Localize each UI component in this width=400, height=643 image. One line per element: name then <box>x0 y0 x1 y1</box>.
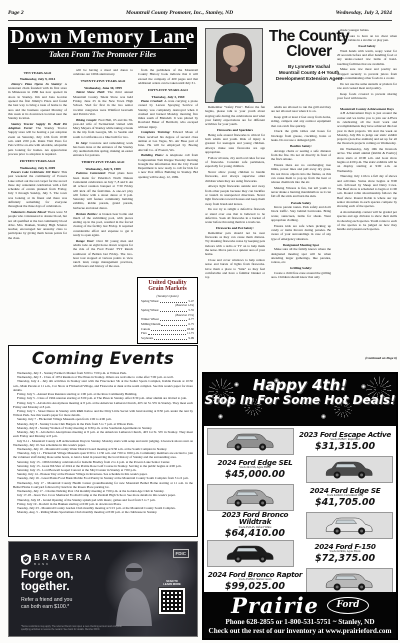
grain-markets-rows: Spring Wheat 5.47 (Based on 14%) Spring … <box>141 299 194 341</box>
article-text: On Wednesday, July 10th the livestock ar… <box>337 147 397 172</box>
article-block: Do not use the same utensils or platters… <box>337 82 397 91</box>
grain-label: Spring Wheat <box>141 308 159 313</box>
article-block: shade younger babies. <box>337 28 397 32</box>
clover-column-3: Mountrail County Achievement Days 4-H Ac… <box>337 105 397 355</box>
article-text: Never allow young children to handle fir… <box>205 170 265 183</box>
article-text: Remember pets should not be near firewor… <box>205 231 265 256</box>
vehicle-price: $45,000.00 <box>207 470 303 480</box>
era-heading: FIFTY-FIVE YEARS AGO <box>138 88 198 92</box>
event-item: Friday, July 5 - Class of 1964 reunion s… <box>13 396 193 400</box>
bravera-shield-icon <box>21 554 31 565</box>
article-text: Arrange chairs or seating a safe distanc… <box>271 149 331 162</box>
grain-label: Spring Wheat <box>141 299 159 304</box>
car-icon <box>211 486 289 508</box>
car-icon <box>310 570 388 592</box>
vehicle-name: 2023 Ford Escape Active <box>297 431 393 438</box>
memory-lane-column-2: will be having a meal and dance to celeb… <box>73 68 133 343</box>
article-block: Check the grills tables and hoses for bl… <box>271 129 331 142</box>
columnist-photo <box>205 28 263 103</box>
article-text: Know parade routes. Park safely and don'… <box>271 205 331 222</box>
grain-markets-title: United Quality Grain Markets <box>141 280 194 293</box>
fireworks-burst-icon <box>334 400 352 418</box>
dealer-inventory-url: Check out the rest of our inventory at w… <box>204 627 396 636</box>
article-block: Grilling Safely: Create a child free zon… <box>271 266 331 279</box>
ad-photo-figure <box>104 556 164 626</box>
clover-column-1: Remember "Safety First". Before the fun … <box>205 105 265 368</box>
ad-body-text: Refer a friend and you can both earn $10… <box>21 597 72 611</box>
vehicle-info: 2024 Ford F-150 Stock #22R44, Agate Blac… <box>297 543 393 564</box>
vehicle-listing-row: 2023 Ford Bronco Wildtrak Stock #32L45, … <box>207 511 393 539</box>
era-heading: FIFTEEN YEARS AGO <box>8 159 67 163</box>
article-block: Volunteers Donate Blood: There were 53 p… <box>8 210 67 240</box>
article-text: from the publishers of the Mountrail Cou… <box>138 68 198 85</box>
vehicle-price: $72,375.00 <box>297 554 393 564</box>
article-block: Fireworks and Sparklers Being safe aroun… <box>205 128 265 154</box>
article-text: The third annual Mountrail County Talent… <box>73 90 133 115</box>
event-item: Friday, July 5 - Alcoholics Anonymous me… <box>13 401 193 409</box>
down-memory-lane-banner: Down Memory Lane Taken From The Promoter… <box>8 27 197 64</box>
article-text: adults are allowed to run the grill and … <box>271 105 331 113</box>
article-block: Mountrail County Achievement Days 4-H Ac… <box>337 107 397 146</box>
portrait-illustration <box>206 29 262 102</box>
article-block: TWENTY-FIVE YEARS AGO Wednesday, June 30… <box>73 79 133 116</box>
event-item: July 8-11 - Mountrail County 4-H Achieve… <box>13 439 193 447</box>
grain-markets-box: United Quality Grain Markets (Tuesday's … <box>137 277 198 344</box>
ad-fine-print: *Some restrictions may apply. The referr… <box>21 626 157 632</box>
vehicle-listing-row: 2024 Ford Bronco Raptor Stock #34N02, Sh… <box>207 567 393 595</box>
issue-date: Wednesday, July 3, 2024 <box>336 10 392 16</box>
dot-leader <box>161 325 187 326</box>
vehicle-info: 2024 Ford Edge SEL Stock #41C96, Agate B… <box>207 459 303 480</box>
dot-leader <box>148 334 186 335</box>
article-text: A showmanship contest will be graded per… <box>337 210 397 231</box>
vehicle-info: 2024 Ford Bronco Raptor Stock #34N02, Sh… <box>207 571 303 592</box>
vehicle-price: $31,315.00 <box>297 442 393 452</box>
article-text: Being safe around fireworks is critical … <box>205 133 265 154</box>
article-text: This past weekend the community of Power… <box>8 170 67 208</box>
article-block: Making S'mores is fun, but tell youth to… <box>271 186 331 199</box>
article-block: Follow all state, city and local rules f… <box>205 156 265 169</box>
article-block: Biking Couple: Fred Hall, 65 and his 59-… <box>73 118 133 139</box>
fine-print-line2: qualifying activities to receive the rew… <box>21 629 157 632</box>
ford-logo: Ford <box>327 597 369 614</box>
article-block: Completes Training: Edward Moen of Plaza… <box>138 130 198 151</box>
article-block: Keep foods covered to prevent sharing yo… <box>337 92 397 101</box>
article-block: FIFTY-FIVE YEARS AGO Thursday, July 3, 1… <box>138 88 198 129</box>
era-heading: THIRTY-FIVE YEARS AGO <box>73 160 133 164</box>
event-item: Friday, July 5 - Street Dance in Stanley… <box>13 409 193 417</box>
article-block: Always light fireworks outside and away … <box>205 184 265 205</box>
grain-price: 9.99 <box>188 336 194 341</box>
vehicle-photo <box>207 428 294 455</box>
article-block: TEN YEARS AGO Wednesday, July 9, 2014 Ji… <box>8 71 67 121</box>
article-text: Keep grill at least 2 feet away from dec… <box>271 115 331 128</box>
article-text: Make sure to have an ice chest when shad… <box>337 34 397 42</box>
vehicle-info: 2024 Ford Edge SE Stock #41K10, Carboniz… <box>297 487 393 508</box>
article-text: Ensure there are no overhanging tree lim… <box>271 163 331 184</box>
event-item: Thursday, July 4 - July 4th activities i… <box>13 379 193 392</box>
bravera-bank-label: BANK <box>34 562 93 566</box>
event-item: Monday, July 8 - Alcoholics Anonymous me… <box>13 430 193 438</box>
ad-body-line1: Refer a friend and you <box>21 597 72 604</box>
article-text: Close and cover windows to help reduce n… <box>205 258 265 279</box>
article-block: Building Plans: A telephone call from Co… <box>138 153 198 179</box>
article-block: adults are allowed to run the grill and … <box>271 105 331 114</box>
memory-lane-column-3: from the publishers of the Mountrail Cou… <box>138 68 198 274</box>
grain-markets-note: (Tuesday's Quotes) <box>141 294 194 298</box>
article-text: Wash hands with warm, soapy water for 20… <box>337 49 397 66</box>
article-block: Keep grill at least 2 feet away from dec… <box>271 115 331 128</box>
article-text: A restaurant chain founded with its firs… <box>8 82 67 120</box>
ad-body-line2: can both earn $100.* <box>21 604 72 611</box>
spark-dot <box>218 414 223 419</box>
article-text: Follow all state, city and local rules f… <box>205 156 265 169</box>
article-block: On Wednesday, July 10th the livestock ar… <box>337 147 397 173</box>
dealer-strip: Prairie Ford Phone 628-2855 or 1-800-531… <box>204 592 396 638</box>
article-block: Make sure to have an ice chest when shad… <box>337 34 397 43</box>
bravera-logo: BRAVERA BANK <box>21 552 93 566</box>
dot-leader <box>160 320 188 321</box>
article-block: FIFTEEN YEARS AGO Wednesday, July 8, 200… <box>8 159 67 209</box>
article-text: shade younger babies. <box>340 28 369 32</box>
event-item: July 17-18 - Jason Two Crow Memorial Foo… <box>13 493 193 497</box>
spark-dot <box>234 382 239 387</box>
fireworks-burst-icon <box>208 378 234 404</box>
era-heading: TEN YEARS AGO <box>8 71 67 75</box>
car-icon <box>211 430 289 452</box>
car-icon <box>310 458 388 480</box>
article-text: Always light fireworks outside and away … <box>205 184 265 205</box>
memory-lane-column-1: TEN YEARS AGO Wednesday, July 9, 2014 Ji… <box>8 68 67 343</box>
coming-events-title: Coming Events <box>13 349 193 368</box>
article-block: Thursday, July 11th is a full day of sho… <box>337 174 397 208</box>
article-text: There were 53 people who volunteered to … <box>8 210 67 240</box>
dot-leader <box>154 339 187 340</box>
dealer-phone: Phone 628-2855 or 1-800-531-5751 ~ Stanl… <box>204 618 396 627</box>
vehicle-name: 2024 Ford Edge SEL <box>207 459 303 466</box>
article-block: Make sure raw meat and poultry are wrapp… <box>337 67 397 80</box>
article-text: Do not use the same utensils or platters… <box>337 82 397 90</box>
clover-top-column: shade younger babies. Make sure to have … <box>337 28 397 102</box>
article-block: Do not try to relight a defective firewo… <box>205 207 265 224</box>
article-text: Making S'mores is fun, but tell youth to… <box>271 186 331 199</box>
vehicle-name: 2024 Ford F-150 <box>297 543 393 550</box>
event-item: Wednesday, July 17 - Mountrail County He… <box>13 481 193 489</box>
grain-row: Soybeans 9.99 <box>141 336 194 341</box>
vehicle-name: 2024 Ford Edge SE <box>297 487 393 494</box>
article-text: A crate carrying a piano owned by Larson… <box>138 99 198 129</box>
vehicle-listing-row: 2024 Ford Edge SEL Stock #41C96, Agate B… <box>207 455 393 483</box>
vehicle-name: 2023 Ford Bronco Wildtrak <box>207 511 303 525</box>
vehicle-price: $64,410.00 <box>207 529 303 539</box>
vehicle-photo <box>306 456 393 483</box>
qr-code <box>159 588 185 614</box>
fireworks-burst-icon <box>366 376 392 402</box>
vehicle-photo <box>306 512 393 539</box>
vehicle-photo <box>207 484 294 511</box>
article-text: The Stanley Tractor Supply store will be… <box>8 126 67 156</box>
article-text: Thursday, July 11th is a full day of sho… <box>337 174 397 208</box>
event-item: Monday, Aug. 5 - Riding Mains Sportsmans… <box>13 510 193 514</box>
fireworks-burst-icon <box>244 398 262 416</box>
page-header: Page 2 Mountrail County Promoter, Inc., … <box>8 10 392 21</box>
coming-events-list: Wednesday, July 3 - Stanley Farmer's Mar… <box>13 371 193 514</box>
article-block: Parade Safety Know parade routes. Park s… <box>271 201 331 223</box>
dealer-name: Prairie <box>231 593 319 618</box>
coming-events-box: Coming Events Wednesday, July 3 - Stanle… <box>8 345 198 537</box>
dot-leader <box>151 330 186 331</box>
qr-block: SCAN TO LEARN MORE <box>159 580 185 614</box>
ad-headline-line2: together. <box>21 581 73 593</box>
car-icon <box>211 542 289 564</box>
ad-headline: Forge on, together. <box>21 569 73 593</box>
ad-headline-line1: Forge on, <box>21 569 73 581</box>
down-memory-lane-title: Down Memory Lane <box>8 27 197 48</box>
newspaper-page: Page 2 Mountrail County Promoter, Inc., … <box>0 0 400 643</box>
vehicle-price: $41,705.00 <box>297 498 393 508</box>
article-block: will be having a meal and dance to celeb… <box>73 68 133 77</box>
article-text: A broken beer bottle and much of the swi… <box>73 212 133 237</box>
article-block: Remember "Safety First". Before the fun … <box>205 105 265 126</box>
article-block: In Step: Concrete and remodeling work ha… <box>73 141 133 158</box>
scan-label: SCAN TO LEARN MORE <box>159 580 185 586</box>
era-heading: TWENTY-FIVE YEARS AGO <box>73 79 133 83</box>
vehicle-photo <box>207 540 294 567</box>
vehicle-price: $99,025.00 <box>207 582 303 592</box>
article-block: Bonfire Safety: Arrange chairs or seatin… <box>271 144 331 161</box>
article-text: Create a child free zone around the gril… <box>271 271 331 279</box>
page-number: Page 2 <box>8 10 24 16</box>
article-text: Check the grills tables and hoses for bl… <box>271 129 331 142</box>
article-block: A showmanship contest will be graded per… <box>337 210 397 231</box>
vehicle-info: 2023 Ford Escape Active Stock #52B27, Ra… <box>297 431 393 452</box>
article-text: Make sure raw meat and poultry are wrapp… <box>337 67 397 80</box>
spark-dot <box>361 384 366 389</box>
article-text: A telephone call from Congressman Tom Kl… <box>138 153 198 178</box>
article-text: Final plans have been made for Palermo's… <box>73 171 133 209</box>
article-text: Remember "Safety First". Before the fun … <box>205 105 265 126</box>
article-text: Over 60 young men and adults rode on eig… <box>73 239 133 269</box>
event-item: Thursday, July 11 - Flickertail Village … <box>13 451 193 459</box>
article-block: Ensure kids are safe when picking up can… <box>271 224 331 241</box>
article-text: will be having a meal and dance to celeb… <box>73 68 133 76</box>
spark-dot <box>274 378 279 383</box>
scan-label-line2: LEARN MORE <box>159 583 185 586</box>
article-block: Range Tour: Over 60 young men and adults… <box>73 239 133 269</box>
article-block: Broken Bottles: A broken beer bottle and… <box>73 212 133 238</box>
article-block: Fireworks and Pet Safety: Remember pets … <box>205 226 265 256</box>
clover-column-2: adults are allowed to run the grill and … <box>271 105 331 368</box>
vehicle-listing-row: 2024 Ford Edge SE Stock #41K10, Carboniz… <box>207 483 393 511</box>
article-block: THIRTY-FIVE YEARS AGO Wednesday, July 9,… <box>73 160 133 210</box>
continued-note: (Continued on Page 6) <box>337 356 397 364</box>
article-block: Never allow young children to handle fir… <box>205 170 265 183</box>
article-text: Ensure kids are safe when picking up can… <box>271 224 331 241</box>
article-block: Stanley Tractor Supply To Hold Pet Adopt… <box>8 122 67 156</box>
article-block: Designated Meeting Spot Make sure all th… <box>271 243 331 265</box>
article-text: 4-H Achievement Days is just around the … <box>337 111 397 145</box>
car-icon <box>310 514 388 536</box>
grain-markets-title-line2: Grain Markets <box>141 286 194 292</box>
article-text: Keep foods covered to prevent sharing yo… <box>337 92 397 100</box>
bravera-bank-ad: BRAVERA BANK FDIC Forge on, together. Re… <box>8 541 198 637</box>
masthead: Mountrail County Promoter, Inc., Stanley… <box>126 10 233 16</box>
vehicle-listings: 2023 Ford Escape Active Stock #52B27, Ra… <box>204 426 396 596</box>
grain-label: Soybeans <box>141 336 153 341</box>
spark-dot <box>321 414 326 419</box>
vehicle-listing-row: 2023 Ford Escape Active Stock #52B27, Ra… <box>207 427 393 455</box>
fdic-badge: FDIC <box>173 549 190 558</box>
vehicle-info: 2023 Ford Bronco Wildtrak Stock #32L45, … <box>207 511 303 539</box>
vehicle-name: 2024 Ford Bronco Raptor <box>207 571 303 578</box>
vehicle-photo <box>306 568 393 595</box>
down-memory-lane-subtitle: Taken From The Promoter Files <box>18 48 187 59</box>
article-block: from the publishers of the Mountrail Cou… <box>138 68 198 85</box>
prairie-ford-ad: Happy 4th! Stop In For Some Hot Deals! <box>202 372 398 640</box>
vehicle-listing-row: 2024 Ford F-150 Stock #22R44, Agate Blac… <box>207 539 393 567</box>
article-block: Close and cover windows to help reduce n… <box>205 258 265 279</box>
article-text: Make sure all the family knows where the… <box>271 247 331 264</box>
bravera-wordmark: BRAVERA <box>34 552 93 562</box>
article-block: Food Safety Wash hands with warm, soapy … <box>337 44 397 66</box>
ford-ad-banner: Happy 4th! Stop In For Some Hot Deals! <box>204 374 396 426</box>
article-block: Ensure there are no overhanging tree lim… <box>271 163 331 184</box>
article-text: Do not try to relight a defective firewo… <box>205 207 265 224</box>
